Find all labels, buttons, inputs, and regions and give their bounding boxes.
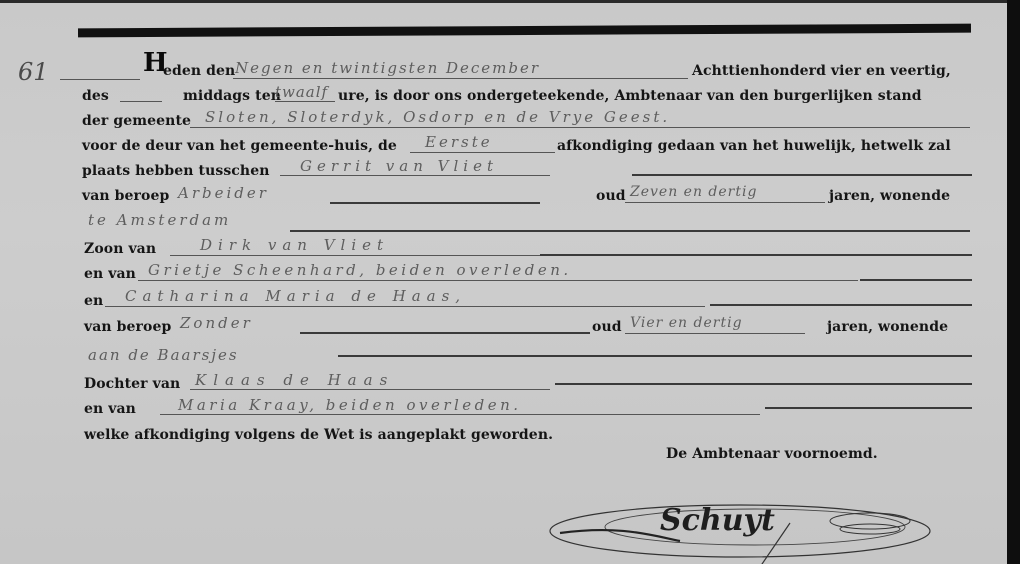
header-rule [78, 24, 971, 38]
number-rule [60, 79, 140, 80]
signature: Schuyt [660, 503, 775, 538]
civil-registry-document: 61 H eden den Negen en twintigsten Decem… [0, 3, 1007, 564]
scan-right-edge [1007, 0, 1020, 564]
record-number: 61 [18, 58, 49, 86]
closing-text: De Ambtenaar voornoemd. [666, 446, 878, 462]
